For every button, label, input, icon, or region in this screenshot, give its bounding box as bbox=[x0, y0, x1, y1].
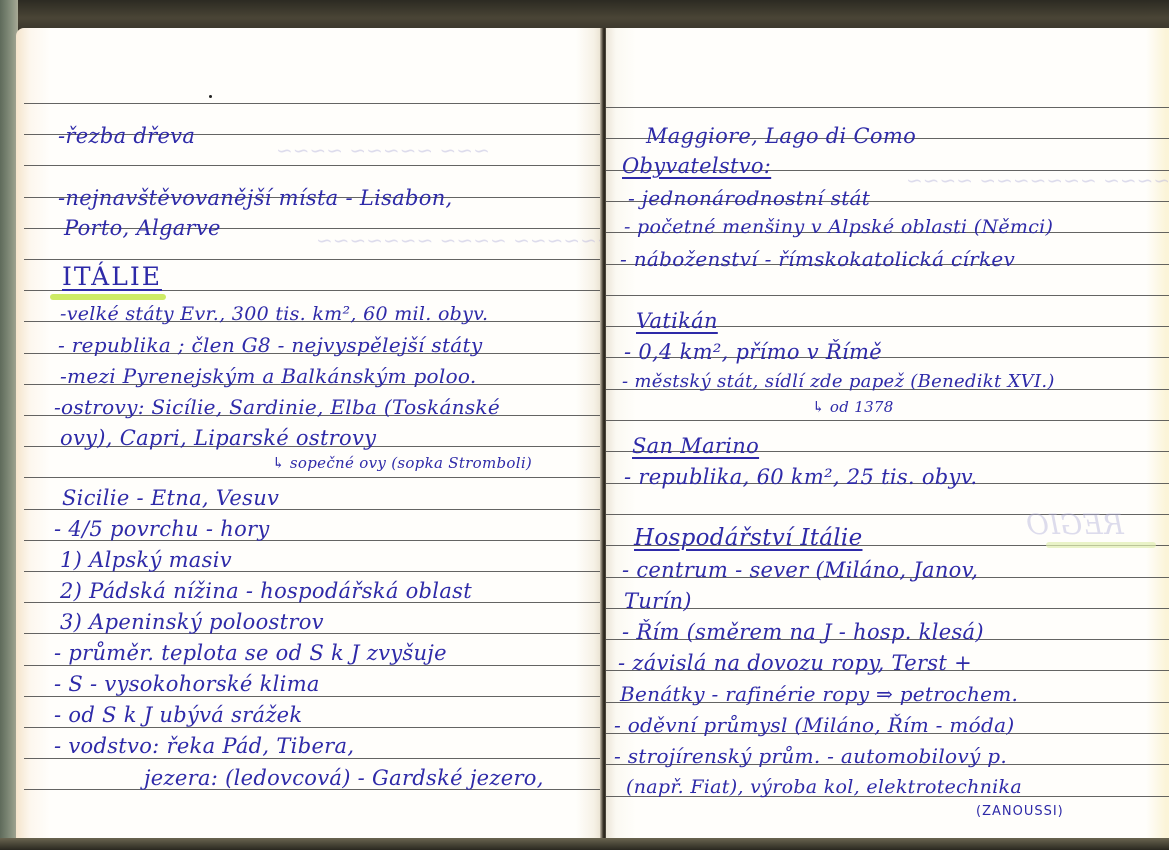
ink-speck bbox=[209, 95, 212, 98]
note-line: 2) Pádská nížina - hospodářská oblast bbox=[60, 579, 472, 603]
bleed-through-text: REGIO bbox=[1026, 508, 1124, 541]
note-line: - 0,4 km², přímo v Římě bbox=[624, 340, 882, 364]
ruled-line bbox=[24, 727, 602, 728]
ruled-line bbox=[24, 259, 602, 260]
left-page: ~~~ ~~~~~ ~~~~ ~~~~~~ ~~~~ ~~~~~~~ -řezb… bbox=[16, 28, 602, 840]
note-subline: ↳ sopečné ovy (sopka Stromboli) bbox=[272, 454, 532, 472]
section-heading-italy: ITÁLIE bbox=[62, 262, 162, 291]
desk-shadow bbox=[0, 838, 1169, 850]
note-line: -řezba dřeva bbox=[58, 124, 195, 148]
note-line: 3) Apeninský poloostrov bbox=[60, 610, 324, 634]
note-line: (např. Fiat), výroba kol, elektrotechnik… bbox=[626, 776, 1022, 798]
note-line: 1) Alpský masiv bbox=[60, 548, 232, 572]
note-line: - náboženství - římskokatolická církev bbox=[620, 247, 1015, 271]
note-line: - závislá na dovozu ropy, Terst + bbox=[618, 651, 972, 675]
note-line: - strojírenský prům. - automobilový p. bbox=[614, 744, 1007, 768]
note-line: - oděvní průmysl (Miláno, Řím - móda) bbox=[614, 713, 1014, 737]
note-line: -nejnavštěvovanější místa - Lisabon, bbox=[58, 186, 453, 210]
note-line: - průměr. teplota se od S k J zvyšuje bbox=[54, 641, 447, 665]
note-line: -mezi Pyrenejským a Balkánským poloo. bbox=[60, 364, 477, 388]
note-subline: ↳ od 1378 bbox=[812, 398, 894, 416]
section-heading-vatican: Vatikán bbox=[636, 309, 718, 333]
note-line: Turín) bbox=[624, 589, 692, 613]
bleed-through-text: ~~~~~ ~~~~~~~ ~~~~ bbox=[906, 168, 1169, 192]
note-line: - městský stát, sídlí zde papež (Benedik… bbox=[622, 371, 1055, 392]
note-line: - vodstvo: řeka Pád, Tibera, bbox=[54, 734, 354, 758]
section-heading-economy: Hospodářství Itálie bbox=[634, 525, 862, 551]
note-line: - 4/5 povrchu - hory bbox=[54, 517, 270, 541]
note-line: Porto, Algarve bbox=[64, 216, 221, 240]
note-line: - od S k J ubývá srážek bbox=[54, 703, 302, 727]
ruled-line bbox=[24, 103, 602, 104]
section-heading-population: Obyvatelstvo: bbox=[622, 154, 771, 178]
note-line: Sicilie - Etna, Vesuv bbox=[62, 486, 279, 510]
note-line: - centrum - sever (Miláno, Janov, bbox=[622, 558, 978, 582]
ruled-line bbox=[606, 295, 1169, 296]
section-heading-san-marino: San Marino bbox=[632, 434, 759, 458]
note-line: - početné menšiny v Alpské oblasti (Němc… bbox=[624, 216, 1053, 238]
note-line: Benátky - rafinérie ropy ⇒ petrochem. bbox=[620, 682, 1018, 706]
ruled-line bbox=[24, 477, 602, 478]
highlighter-mark bbox=[50, 294, 166, 300]
note-line: - Řím (směrem na J - hosp. klesá) bbox=[622, 620, 984, 644]
note-annotation: (ZANOUSSI) bbox=[976, 804, 1064, 819]
note-line: - republika, 60 km², 25 tis. obyv. bbox=[624, 465, 977, 489]
note-line: -velké státy Evr., 300 tis. km², 60 mil.… bbox=[60, 303, 488, 325]
note-line: -ostrovy: Sicílie, Sardinie, Elba (Toská… bbox=[54, 395, 500, 419]
note-line: ovy), Capri, Liparské ostrovy bbox=[60, 426, 376, 450]
note-line: - republika ; člen G8 - nejvyspělejší st… bbox=[58, 333, 482, 357]
highlighter-bleed bbox=[1046, 542, 1156, 548]
ruled-line bbox=[24, 165, 602, 166]
ruled-line bbox=[24, 758, 602, 759]
bleed-through-text: ~~~ ~~~~~ ~~~~ bbox=[276, 138, 490, 162]
note-line: - S - vysokohorské klima bbox=[54, 672, 320, 696]
note-line: jezera: (ledovcová) - Gardské jezero, bbox=[144, 766, 544, 790]
ruled-line bbox=[606, 420, 1169, 421]
note-line: Maggiore, Lago di Como bbox=[646, 124, 916, 148]
bleed-through-text: ~~~~~~ ~~~~ ~~~~~~~ bbox=[316, 228, 602, 252]
note-line: - jednonárodnostní stát bbox=[628, 186, 870, 210]
right-page: ~~~~~ ~~~~~~~ ~~~~ REGIO Maggiore, Lago … bbox=[606, 28, 1169, 840]
ruled-line bbox=[606, 107, 1169, 108]
